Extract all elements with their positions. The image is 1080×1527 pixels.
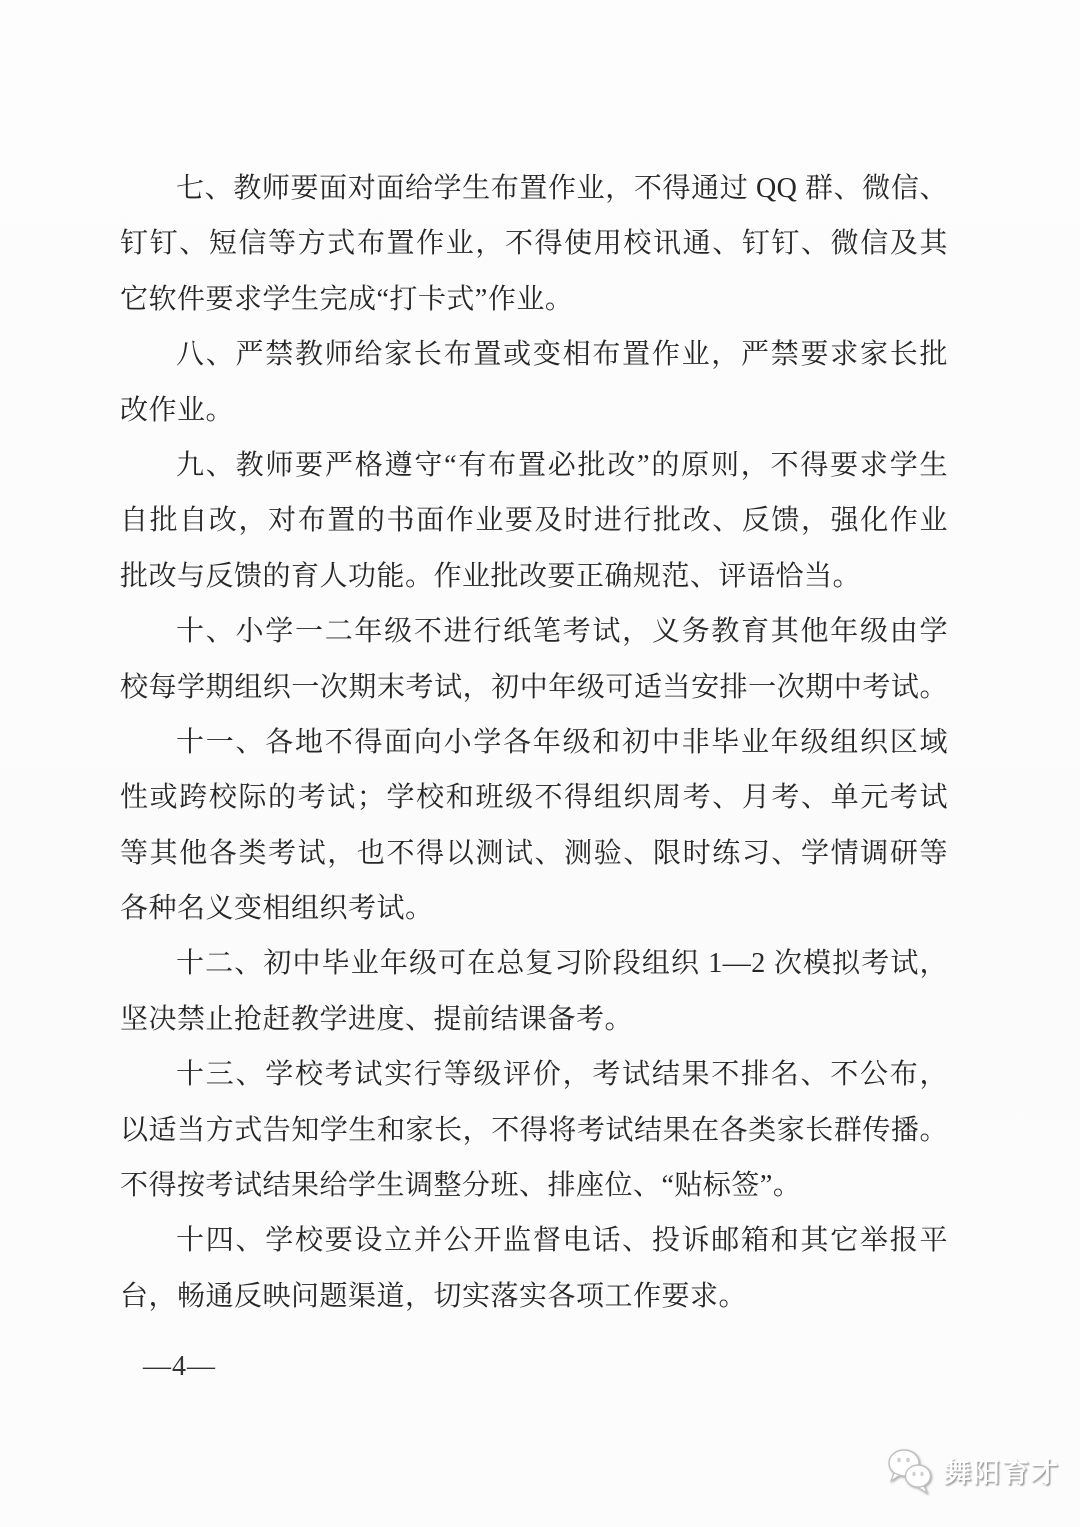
text-line: 钉钉、短信等方式布置作业，不得使用校讯通、钉钉、微信及其 (120, 216, 948, 271)
text-line: 它软件要求学生完成“打卡式”作业。 (120, 272, 948, 327)
text-line: 十、小学一二年级不进行纸笔考试，义务教育其他年级由学 (120, 604, 948, 659)
text-line: 十二、初中毕业年级可在总复习阶段组织 1—2 次模拟考试， (120, 936, 948, 991)
text-line: 台，畅通反映问题渠道，切实落实各项工作要求。 (120, 1269, 948, 1324)
text-line: 不得按考试结果给学生调整分班、排座位、“贴标签”。 (120, 1158, 948, 1213)
watermark-label: 舞阳育才 (944, 1451, 1060, 1490)
text-line: 十三、学校考试实行等级评价，考试结果不排名、不公布， (120, 1047, 948, 1102)
text-line: 十四、学校要设立并公开监督电话、投诉邮箱和其它举报平 (120, 1213, 948, 1268)
watermark: 舞阳育才 (884, 1444, 1060, 1496)
text-line: 等其他各类考试，也不得以测试、测验、限时练习、学情调研等 (120, 826, 948, 881)
text-line: 各种名义变相组织考试。 (120, 881, 948, 936)
text-line: 八、严禁教师给家长布置或变相布置作业，严禁要求家长批 (120, 327, 948, 382)
text-line: 批改与反馈的育人功能。作业批改要正确规范、评语恰当。 (120, 549, 948, 604)
text-line: 以适当方式告知学生和家长，不得将考试结果在各类家长群传播。 (120, 1103, 948, 1158)
text-line: 七、教师要面对面给学生布置作业，不得通过 QQ 群、微信、 (120, 161, 948, 216)
scanned-document-page: 七、教师要面对面给学生布置作业，不得通过 QQ 群、微信、钉钉、短信等方式布置作… (0, 0, 1080, 1527)
text-line: 改作业。 (120, 383, 948, 438)
text-line: 校每学期组织一次期末考试，初中年级可适当安排一次期中考试。 (120, 660, 948, 715)
wechat-icon (884, 1444, 936, 1496)
text-line: 自批自改，对布置的书面作业要及时进行批改、反馈，强化作业 (120, 493, 948, 548)
document-body: 七、教师要面对面给学生布置作业，不得通过 QQ 群、微信、钉钉、短信等方式布置作… (120, 161, 948, 1324)
page-number: —4— (143, 1339, 216, 1394)
text-line: 九、教师要严格遵守“有布置必批改”的原则，不得要求学生 (120, 438, 948, 493)
text-line: 性或跨校际的考试；学校和班级不得组织周考、月考、单元考试 (120, 770, 948, 825)
text-line: 十一、各地不得面向小学各年级和初中非毕业年级组织区域 (120, 715, 948, 770)
text-line: 坚决禁止抢赶教学进度、提前结课备考。 (120, 992, 948, 1047)
